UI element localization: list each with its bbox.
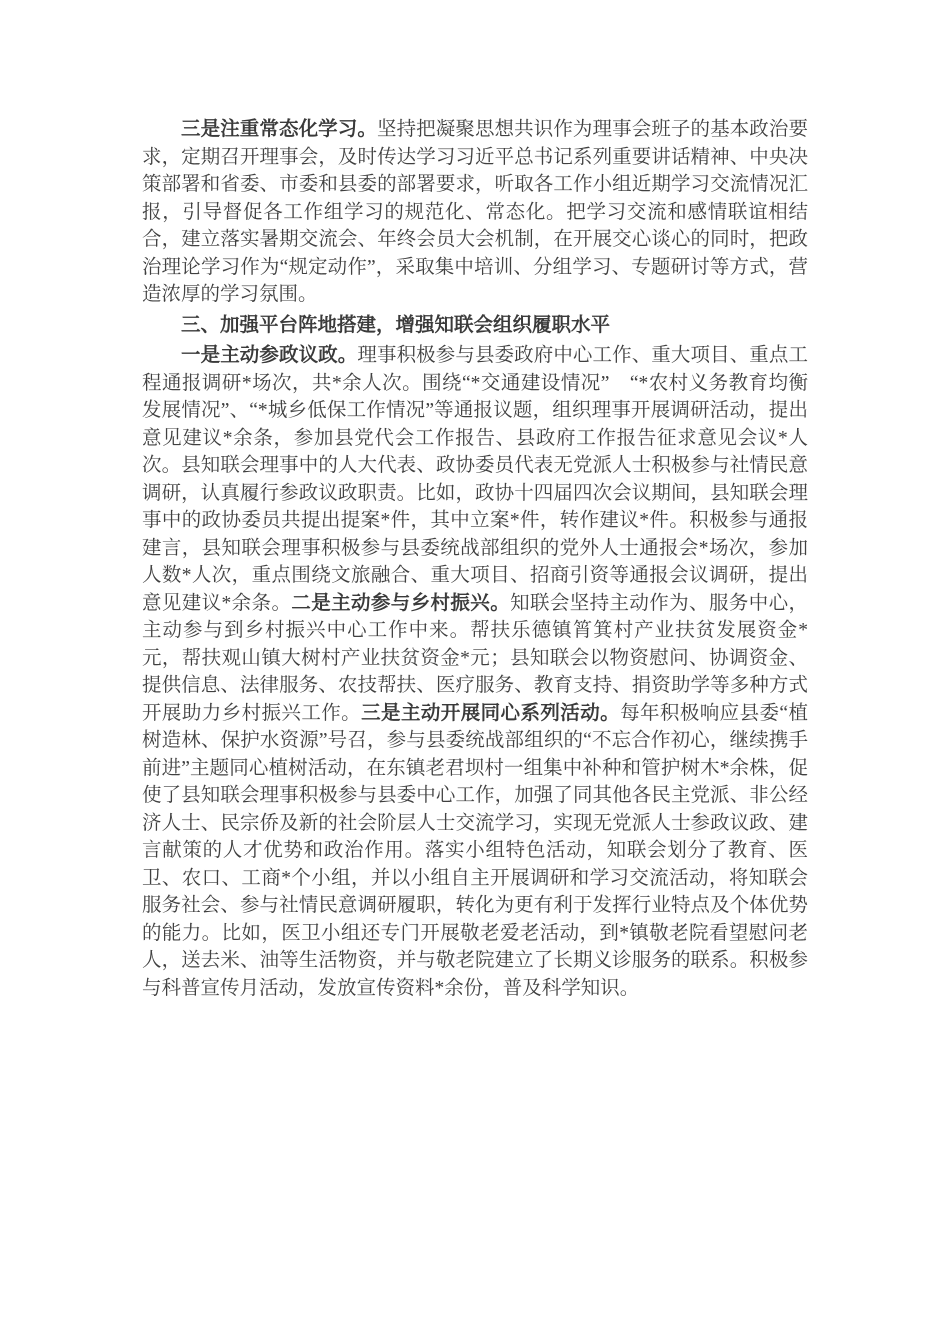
text-run-1: 坚持把凝聚思想共识作为理事会班子的基本政治要求，定期召开理事会，及时传达学习习近… (142, 119, 808, 305)
section-heading-3: 三、加强平台阵地搭建，增强知联会组织履职水平 (142, 312, 808, 340)
text-run-item-3: 每年积极响应县委“植树造林、保护水资源”号召，参与县委统战部组织的“不忘合作初心… (142, 703, 808, 999)
bold-run-lead-1: 三是注重常态化学习。 (181, 119, 377, 140)
document-page: 三是注重常态化学习。坚持把凝聚思想共识作为理事会班子的基本政治要求，定期召开理事… (0, 0, 950, 1344)
body-paragraph-2: 一是主动参政议政。理事积极参与县委政府中心工作、重大项目、重点工程通报调研*场次… (142, 342, 808, 1002)
body-paragraph-1: 三是注重常态化学习。坚持把凝聚思想共识作为理事会班子的基本政治要求，定期召开理事… (142, 116, 808, 309)
bold-run-item-2: 二是主动参与乡村振兴。 (291, 593, 510, 614)
bold-run-item-3: 三是主动开展同心系列活动。 (361, 703, 620, 724)
text-run-item-1: 理事积极参与县委政府中心工作、重大项目、重点工程通报调研*场次，共*余人次。围绕… (142, 345, 808, 614)
bold-run-item-1: 一是主动参政议政。 (181, 345, 357, 366)
